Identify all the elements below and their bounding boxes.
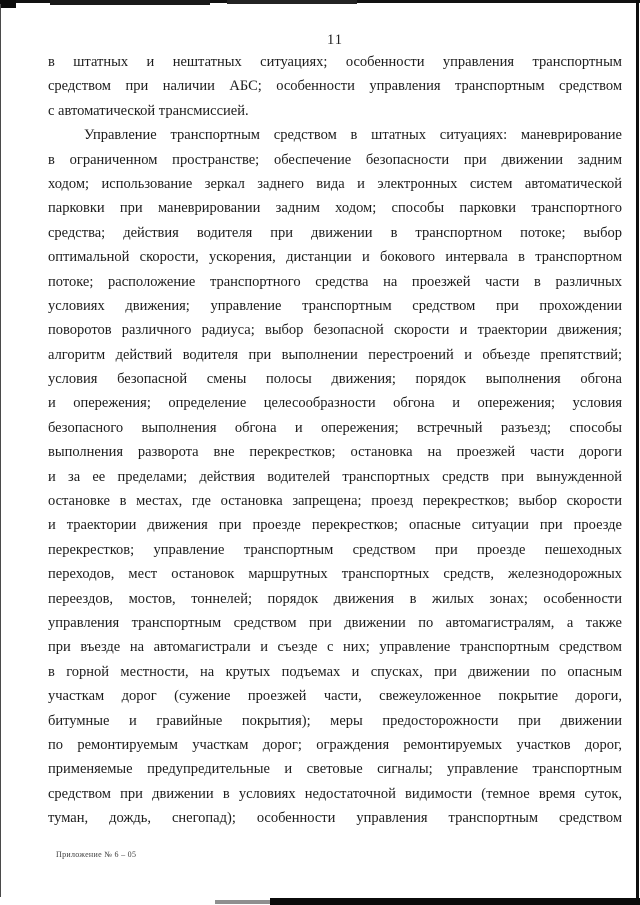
text-line: и траектории движения при проезде перекр…: [48, 513, 622, 537]
text-line: с автоматической трансмиссией.: [48, 99, 622, 123]
text-line: ходом; использование зеркал заднего вида…: [48, 172, 622, 196]
text-line: парковки при маневрировании задним ходом…: [48, 196, 622, 220]
text-line: применяемые предупредительные и световые…: [48, 757, 622, 781]
text-line: оптимальной скорости, ускорения, дистанц…: [48, 245, 622, 269]
scan-corner-artifact: [0, 0, 16, 8]
scan-edge-top-segment: [227, 0, 357, 4]
text-line: при въезде на автомагистрали и съезде с …: [48, 635, 622, 659]
document-body: в штатных и нештатных ситуациях; особенн…: [48, 50, 622, 831]
footer-annotation: Приложение № 6 – 05: [56, 850, 136, 859]
scan-edge-bottom: [270, 898, 640, 905]
text-line: и за ее пределами; действия водителей тр…: [48, 465, 622, 489]
text-line: Управление транспортным средством в штат…: [48, 123, 622, 147]
text-line: средством при наличии АБС; особенности у…: [48, 74, 622, 98]
text-line: остановке в местах, где остановка запрещ…: [48, 489, 622, 513]
text-line: управления транспортным средством при дв…: [48, 611, 622, 635]
text-line: потоке; расположение транспортного средс…: [48, 270, 622, 294]
text-line: алгоритм действий водителя при выполнени…: [48, 343, 622, 367]
text-line: и опережения; определение целесообразнос…: [48, 391, 622, 415]
text-line: переездов, мостов, тоннелей; порядок дви…: [48, 587, 622, 611]
text-line: переходов, мест остановок маршрутных тра…: [48, 562, 622, 586]
text-line: условия безопасной смены полосы движения…: [48, 367, 622, 391]
text-line: условиях движения; управление транспортн…: [48, 294, 622, 318]
text-line: перекрестков; управление транспортным ср…: [48, 538, 622, 562]
text-line: в ограниченном пространстве; обеспечение…: [48, 148, 622, 172]
text-line: выполнения разворота вне перекрестков; о…: [48, 440, 622, 464]
text-line: средства; действия водителя при движении…: [48, 221, 622, 245]
text-line: безопасного выполнения обгона и опережен…: [48, 416, 622, 440]
text-line: туман, дождь, снегопад); особенности упр…: [48, 806, 622, 830]
scan-edge-right: [636, 0, 639, 905]
text-line: поворотов различного радиуса; выбор безо…: [48, 318, 622, 342]
scan-edge-top-segment: [50, 0, 210, 5]
text-line: в штатных и нештатных ситуациях; особенн…: [48, 50, 622, 74]
scan-edge-bottom-gray: [215, 900, 271, 904]
text-line: по ремонтируемым участкам дорог; огражде…: [48, 733, 622, 757]
scan-edge-left: [0, 4, 1, 897]
page-number: 11: [48, 32, 622, 49]
text-line: битумные и гравийные покрытия); меры пре…: [48, 709, 622, 733]
text-line: участкам дорог (сужение проезжей части, …: [48, 684, 622, 708]
scanned-document-page: 11 в штатных и нештатных ситуациях; особ…: [0, 0, 640, 905]
text-line: средством при движении в условиях недост…: [48, 782, 622, 806]
text-line: в горной местности, на крутых подъемах и…: [48, 660, 622, 684]
